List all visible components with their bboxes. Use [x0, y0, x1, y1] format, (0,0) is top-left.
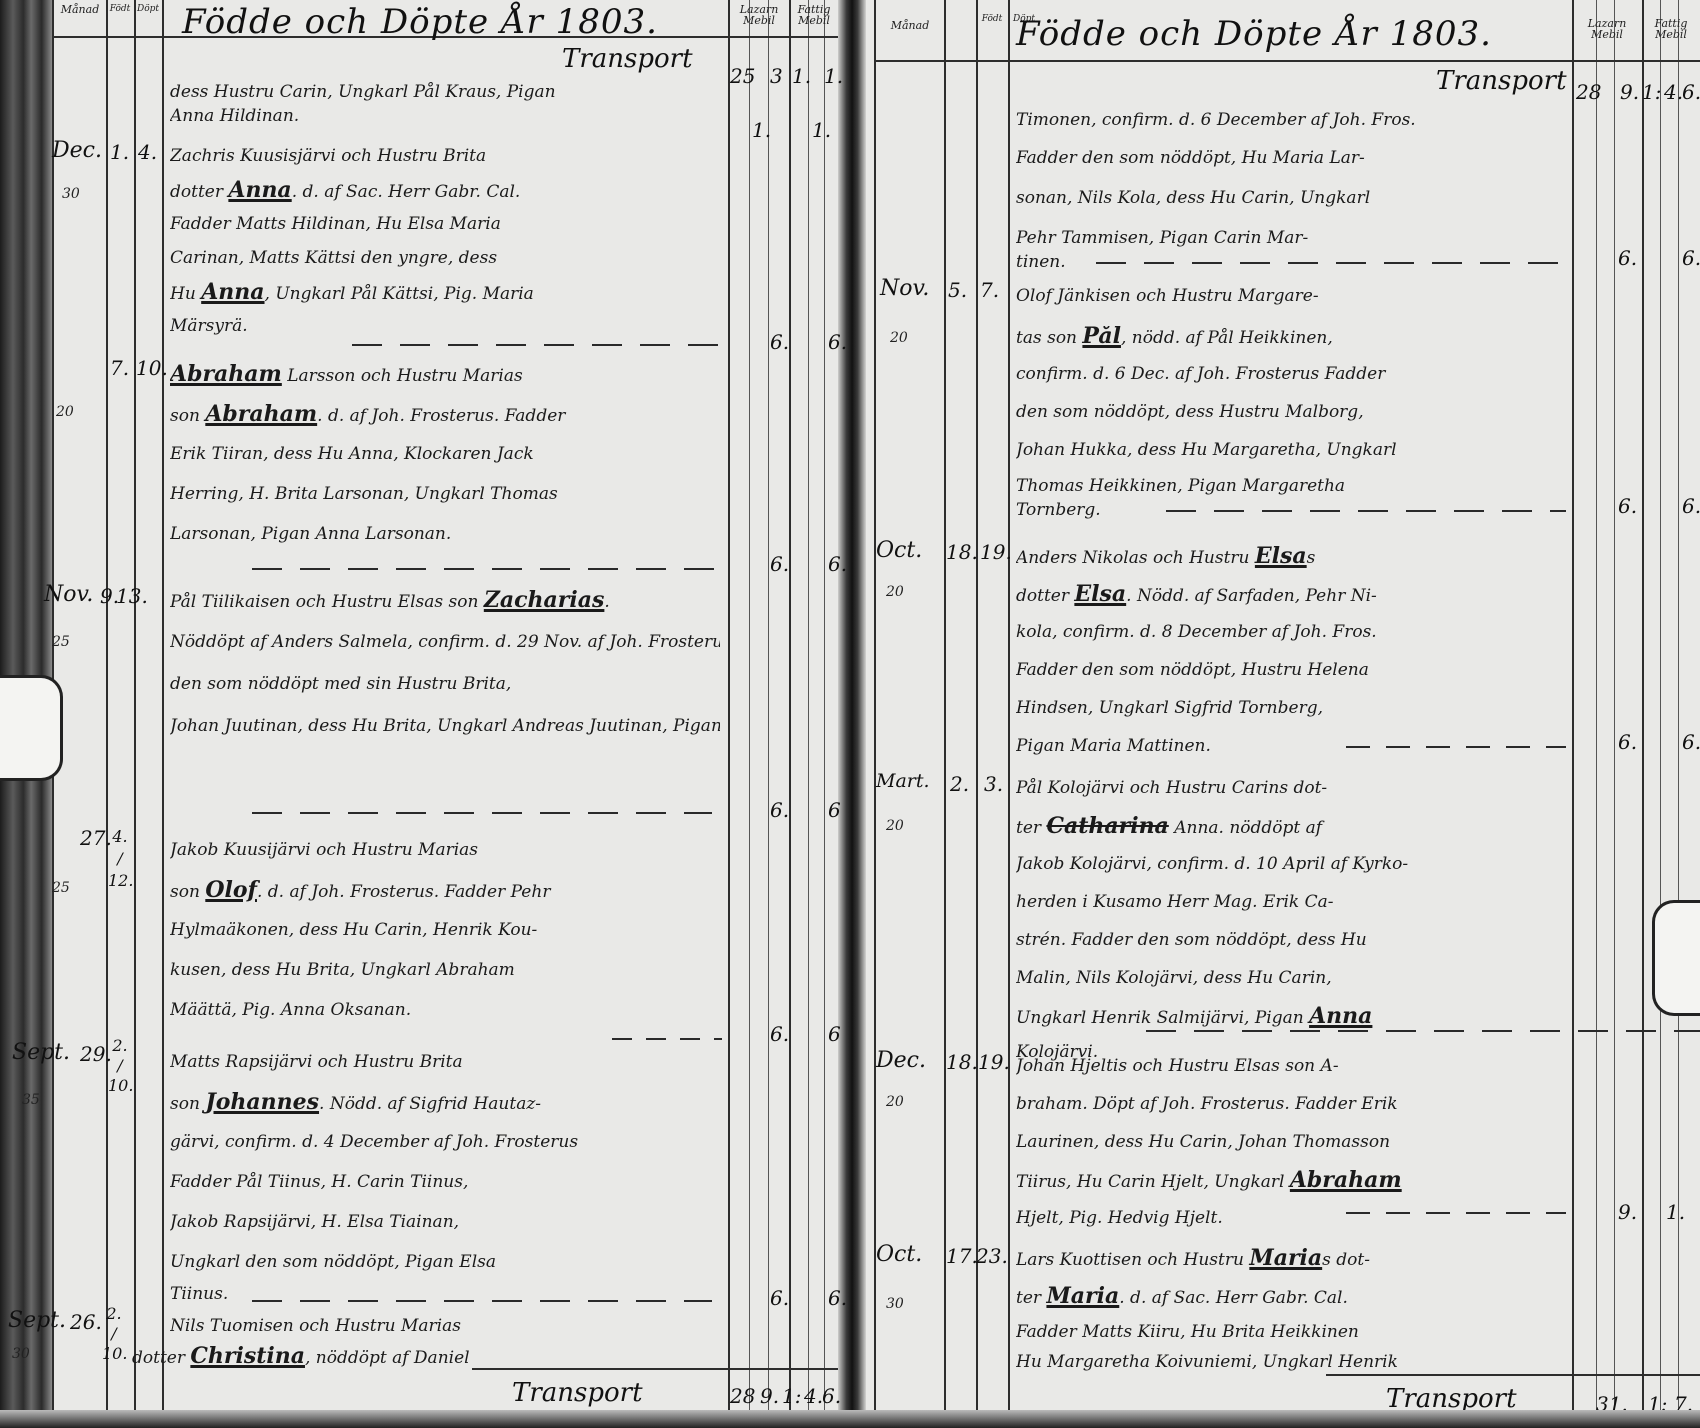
page-gutter — [838, 0, 866, 1428]
child-name: Johannes — [205, 1092, 319, 1114]
entry-baptized: 7. — [980, 278, 999, 302]
page-title: Födde och Döpte År 1803. — [182, 2, 658, 42]
entry-month: Dec. — [876, 1048, 926, 1073]
entry-baptized: 3. — [984, 772, 1003, 796]
entry-baptized: 23. — [976, 1244, 1008, 1268]
entry-born: 18. — [946, 1050, 978, 1074]
child-name: Maria — [1046, 1286, 1119, 1308]
entry-baptized: 2. / 10. — [102, 1304, 126, 1364]
child-name: Catharina — [1046, 816, 1168, 838]
entry-born: 1. — [110, 140, 129, 164]
col-legit-header: Lazarn Mebil — [730, 4, 788, 26]
forward-value: 1. — [792, 64, 811, 88]
entry-baptized: 19. — [978, 1050, 1010, 1074]
entry-born: 17. — [946, 1244, 978, 1268]
total-value: 28 — [730, 1384, 755, 1408]
entry-baptized: 2. / 10. — [108, 1036, 132, 1096]
entry-age-note: 30 — [886, 1296, 904, 1312]
entry-age-note: 30 — [62, 186, 80, 202]
col-month-header: Månad — [56, 4, 104, 15]
entry-baptized: 4. — [138, 140, 157, 164]
entry-born: 2. — [950, 772, 969, 796]
col-month-header: Månad — [880, 20, 940, 31]
page-clip-left — [0, 675, 63, 781]
entry-month: Oct. — [876, 538, 922, 563]
child-name: Anna — [228, 180, 291, 202]
col-illegit-header: Fattig Mebil — [791, 4, 837, 26]
entry-month: Sept. — [12, 1040, 70, 1065]
total-value: 6. — [822, 1384, 841, 1408]
child-name: Elsa — [1255, 546, 1307, 568]
entry-born: 5. — [948, 278, 967, 302]
forward-value: 25 — [730, 64, 755, 88]
col-illegit-header: Fattig Mebil — [1644, 18, 1698, 40]
col-baptized-header: Döpt — [136, 4, 160, 15]
entry-born: 7. — [110, 356, 129, 380]
col-born-header: Födt — [108, 4, 132, 15]
entry-month: Sept. — [8, 1308, 66, 1333]
transport-total-label: Transport — [512, 1378, 643, 1408]
left-page: Månad Födt Döpt Födde och Döpte År 1803.… — [52, 0, 838, 1410]
child-name: Pål — [1082, 326, 1121, 348]
transport-forward-label: Transport — [1436, 66, 1567, 96]
total-value: 4. — [804, 1384, 823, 1408]
entry-baptized: 4. / 12. — [108, 826, 132, 892]
entry-age-note: 20 — [886, 584, 904, 600]
entry-age-note: 20 — [886, 818, 904, 834]
right-page: Månad Födt Döpt Födde och Döpte År 1803.… — [866, 0, 1700, 1410]
entry-age-note: 25 — [52, 634, 70, 650]
child-name: Abraham — [1290, 1170, 1402, 1192]
entry-month: Mart. — [876, 770, 930, 792]
entry-born: 18. — [946, 540, 978, 564]
entry-age-note: 30 — [12, 1346, 30, 1362]
total-value: 1: — [782, 1384, 801, 1408]
child-name: Abraham — [205, 404, 317, 426]
forward-value: 3 — [770, 64, 783, 88]
entry-born: 26. — [70, 1310, 102, 1334]
child-name: Christina — [190, 1346, 305, 1368]
entry-baptized: 19. — [980, 540, 1012, 564]
child-name: Olof — [205, 880, 257, 902]
page-title: Födde och Döpte År 1803. — [1016, 14, 1492, 54]
total-value: 9. — [760, 1384, 779, 1408]
child-name: Elsa — [1074, 584, 1126, 606]
entry-age-note: 20 — [886, 1094, 904, 1110]
entry-month: Dec. — [52, 138, 102, 163]
page-edge-shadow — [0, 1410, 1700, 1428]
child-name: Abraham — [170, 364, 282, 386]
entry-baptized: 13. — [116, 584, 148, 608]
child-name: Anna — [1309, 1006, 1372, 1028]
entry-age-note: 25 — [52, 880, 70, 896]
forward-value: 1. — [824, 64, 843, 88]
col-born-header: Födt — [978, 14, 1006, 25]
entry-age-note: 20 — [890, 330, 908, 346]
entry-age-note: 35 — [22, 1092, 40, 1108]
child-name: Anna — [201, 282, 264, 304]
transport-forward-label: Transport — [562, 44, 693, 74]
col-legit-header: Lazarn Mebil — [1574, 18, 1640, 40]
page-clip-right — [1652, 900, 1700, 1016]
child-name: Zacharias — [484, 590, 605, 612]
entry-baptized: 10. — [136, 356, 168, 380]
entry-age-note: 20 — [56, 404, 74, 420]
entry-month: Nov. — [44, 582, 93, 607]
entry-month: Oct. — [876, 1242, 922, 1267]
child-name: Maria — [1249, 1248, 1322, 1270]
register-spread: Månad Födt Döpt Födde och Döpte År 1803.… — [0, 0, 1700, 1428]
entry-month: Nov. — [880, 276, 929, 301]
